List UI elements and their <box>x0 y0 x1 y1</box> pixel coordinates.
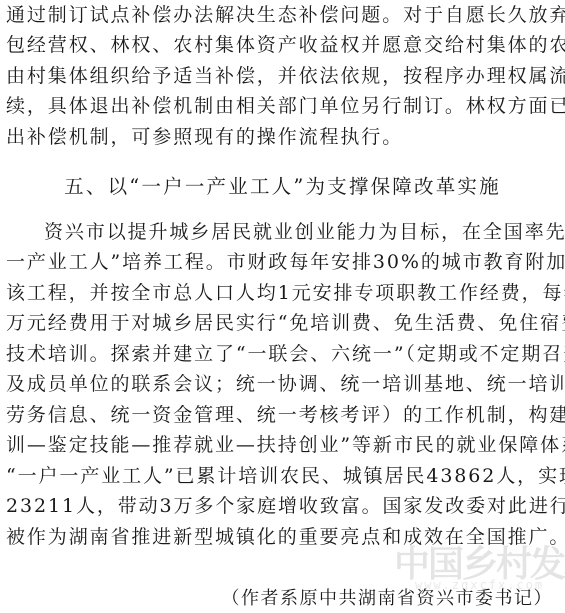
text-line: “一户一产业工人”已累计培训农民、城镇居民43862人，实现新增就业 <box>6 461 559 491</box>
text-line: 23211人，带动3万多个家庭增收致富。国家发改委对此进行了专题调研， <box>6 491 559 521</box>
text-line: 一产业工人”培养工程。市财政每年安排30%的城市教育附加费足额用于 <box>6 247 559 277</box>
text-line: 技术培训。探索并建立了“一联会、六统一”（定期或不定期召开领导小组 <box>6 339 559 369</box>
text-line: 训—鉴定技能—推荐就业—扶持创业”等新市民的就业保障体系。目前， <box>6 430 559 460</box>
author-note: （作者系原中共湖南省资兴市委书记） <box>222 584 554 613</box>
text-line: 及成员单位的联系会议；统一协调、统一培训基地、统一培训计划、统一 <box>6 369 559 399</box>
text-line: 续，具体退出补偿机制由相关部门单位另行制订。林权方面已有完善的退 <box>6 91 559 121</box>
text-line: 该工程，并按全市总人口人均1元安排专项职教工作经费，每年统筹4000 <box>6 278 559 308</box>
text-line: 资兴市以提升城乡居民就业创业能力为目标，在全国率先实施“一户 <box>44 217 559 247</box>
text-line: 包经营权、林权、农村集体资产收益权并愿意交给村集体的农户，原则上 <box>6 30 559 60</box>
text-line: 劳务信息、统一资金管理、统一考核考评）的工作机制，构建了“技能培 <box>6 400 559 430</box>
text-line: 万元经费用于对城乡居民实行“免培训费、免生活费、免住宿费”的实用 <box>6 308 559 338</box>
section-heading: 五、以“一户一产业工人”为支撑保障改革实施 <box>0 172 565 202</box>
text-line: 由村集体组织给予适当补偿，并依法依规，按程序办理权属流转、变更手 <box>6 61 559 91</box>
text-line: 通过制订试点补偿办法解决生态补偿问题。对于自愿长久放弃全部土地承 <box>6 0 559 30</box>
text-line: 出补偿机制，可参照现有的操作流程执行。 <box>6 122 559 152</box>
